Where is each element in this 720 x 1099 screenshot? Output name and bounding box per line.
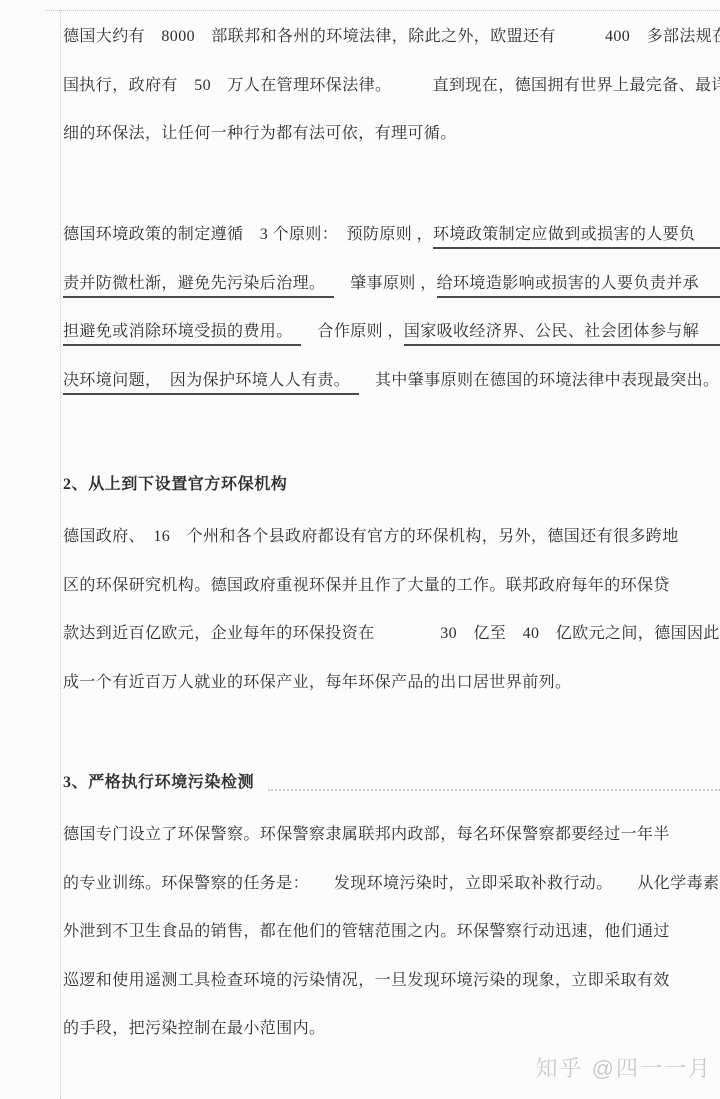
text-run: 外泄到不卫生食品的销售，都在他们的管辖范围之内。环保警察行动迅速，他们通过	[63, 918, 670, 941]
document-page: 德国大约有 8000 部联邦和各州的环境法律，除此之外，欧盟还有 400 多部法…	[0, 0, 720, 1099]
text-run: 肇事原则 ，	[334, 270, 437, 293]
text-line: 区的环保研究机构。德国政府重视环保并且作了大量的工作。联邦政府每年的环保贷	[63, 560, 720, 608]
page-top-dotted-rule	[45, 10, 720, 11]
text-run: 款达到近百亿欧元，企业每年的环保投资在 30 亿至 40 亿欧元之间，德国因此已…	[63, 620, 720, 643]
paragraph-official-agencies: 德国政府、 16 个州和各个县政府都设有官方的环保机构，另外，德国还有很多跨地 …	[63, 512, 720, 706]
text-line: 德国大约有 8000 部联邦和各州的环境法律，除此之外，欧盟还有 400 多部法…	[63, 12, 720, 60]
text-run: 的专业训练。环保警察的任务是： 发现环境污染时，立即采取补救行动。 从化学毒素	[63, 870, 719, 893]
section-heading-2: 2、从上到下设置官方环保机构	[63, 460, 720, 508]
text-run: 国执行，政府有 50 万人在管理环保法律。 直到现在，德国拥有世界上最完备、最详	[63, 72, 720, 95]
text-line: 的专业训练。环保警察的任务是： 发现环境污染时，立即采取补救行动。 从化学毒素	[63, 858, 720, 906]
text-line: 巡逻和使用遥测工具检查环境的污染情况，一旦发现环境污染的现象，立即采取有效	[63, 955, 720, 1003]
heading-text: 3、严格执行环境污染检测	[63, 769, 254, 792]
paragraph-german-laws: 德国大约有 8000 部联邦和各州的环境法律，除此之外，欧盟还有 400 多部法…	[63, 12, 720, 157]
paragraph-policy-principles: 德国环境政策的制定遵循 3 个原则： 预防原则 ，环境政策制定应做到或损害的人要…	[63, 210, 720, 404]
text-line: 责并防微杜渐，避免先污染后治理。 肇事原则 ，给环境造影响或损害的人要负责并承	[63, 258, 720, 306]
text-run: 的手段，把污染控制在最小范围内。	[63, 1015, 325, 1038]
heading-trailing-dotted-rule	[268, 789, 720, 791]
text-line: 的手段，把污染控制在最小范围内。	[63, 1004, 720, 1052]
underlined-text-run: 决环境问题， 因为保护环境人人有责。	[63, 367, 359, 395]
text-line: 成一个有近百万人就业的环保产业，每年环保产品的出口居世界前列。	[63, 657, 720, 705]
section-heading-3: 3、严格执行环境污染检测	[63, 758, 720, 806]
text-line: 德国政府、 16 个州和各个县政府都设有官方的环保机构，另外，德国还有很多跨地	[63, 512, 720, 560]
text-run: 德国环境政策的制定遵循 3 个原则： 预防原则 ，	[63, 221, 433, 244]
underlined-text-run: 担避免或消除环境受损的费用。	[63, 318, 301, 346]
page-left-dotted-rule	[60, 10, 61, 1099]
text-run: 德国大约有 8000 部联邦和各州的环境法律，除此之外，欧盟还有 400 多部法…	[63, 23, 720, 46]
text-line: 细的环保法，让任何一种行为都有法可依，有理可循。	[63, 109, 720, 157]
underlined-text-run: 给环境造影响或损害的人要负责并承	[437, 270, 720, 298]
text-line: 担避免或消除环境受损的费用。 合作原则 ，国家吸收经济界、公民、社会团体参与解	[63, 307, 720, 355]
underlined-text-run: 环境政策制定应做到或损害的人要负	[433, 221, 720, 249]
text-line: 决环境问题， 因为保护环境人人有责。 其中肇事原则在德国的环境法律中表现最突出。	[63, 355, 720, 403]
text-line: 德国专门设立了环保警察。环保警察隶属联邦内政部，每名环保警察都要经过一年半	[63, 810, 720, 858]
text-line: 国执行，政府有 50 万人在管理环保法律。 直到现在，德国拥有世界上最完备、最详	[63, 60, 720, 108]
text-run: 区的环保研究机构。德国政府重视环保并且作了大量的工作。联邦政府每年的环保贷	[63, 572, 670, 595]
text-run: 德国专门设立了环保警察。环保警察隶属联邦内政部，每名环保警察都要经过一年半	[63, 821, 670, 844]
underlined-text-run: 国家吸收经济界、公民、社会团体参与解	[404, 318, 720, 346]
text-run: 合作原则 ，	[301, 318, 404, 341]
text-run: 德国政府、 16 个州和各个县政府都设有官方的环保机构，另外，德国还有很多跨地	[63, 523, 679, 546]
text-line: 款达到近百亿欧元，企业每年的环保投资在 30 亿至 40 亿欧元之间，德国因此已…	[63, 609, 720, 657]
text-run: 成一个有近百万人就业的环保产业，每年环保产品的出口居世界前列。	[63, 669, 571, 692]
text-line: 外泄到不卫生食品的销售，都在他们的管辖范围之内。环保警察行动迅速，他们通过	[63, 907, 720, 955]
text-run: 细的环保法，让任何一种行为都有法可依，有理可循。	[63, 120, 457, 143]
underlined-text-run: 责并防微杜渐，避免先污染后治理。	[63, 270, 334, 298]
text-run: 其中肇事原则在德国的环境法律中表现最突出。	[359, 367, 720, 390]
heading-text: 2、从上到下设置官方环保机构	[63, 471, 287, 494]
paragraph-environment-police: 德国专门设立了环保警察。环保警察隶属联邦内政部，每名环保警察都要经过一年半 的专…	[63, 810, 720, 1052]
text-line: 德国环境政策的制定遵循 3 个原则： 预防原则 ，环境政策制定应做到或损害的人要…	[63, 210, 720, 258]
text-run: 巡逻和使用遥测工具检查环境的污染情况，一旦发现环境污染的现象，立即采取有效	[63, 967, 670, 990]
zhihu-watermark: 知乎 @四一一月	[536, 1052, 712, 1083]
